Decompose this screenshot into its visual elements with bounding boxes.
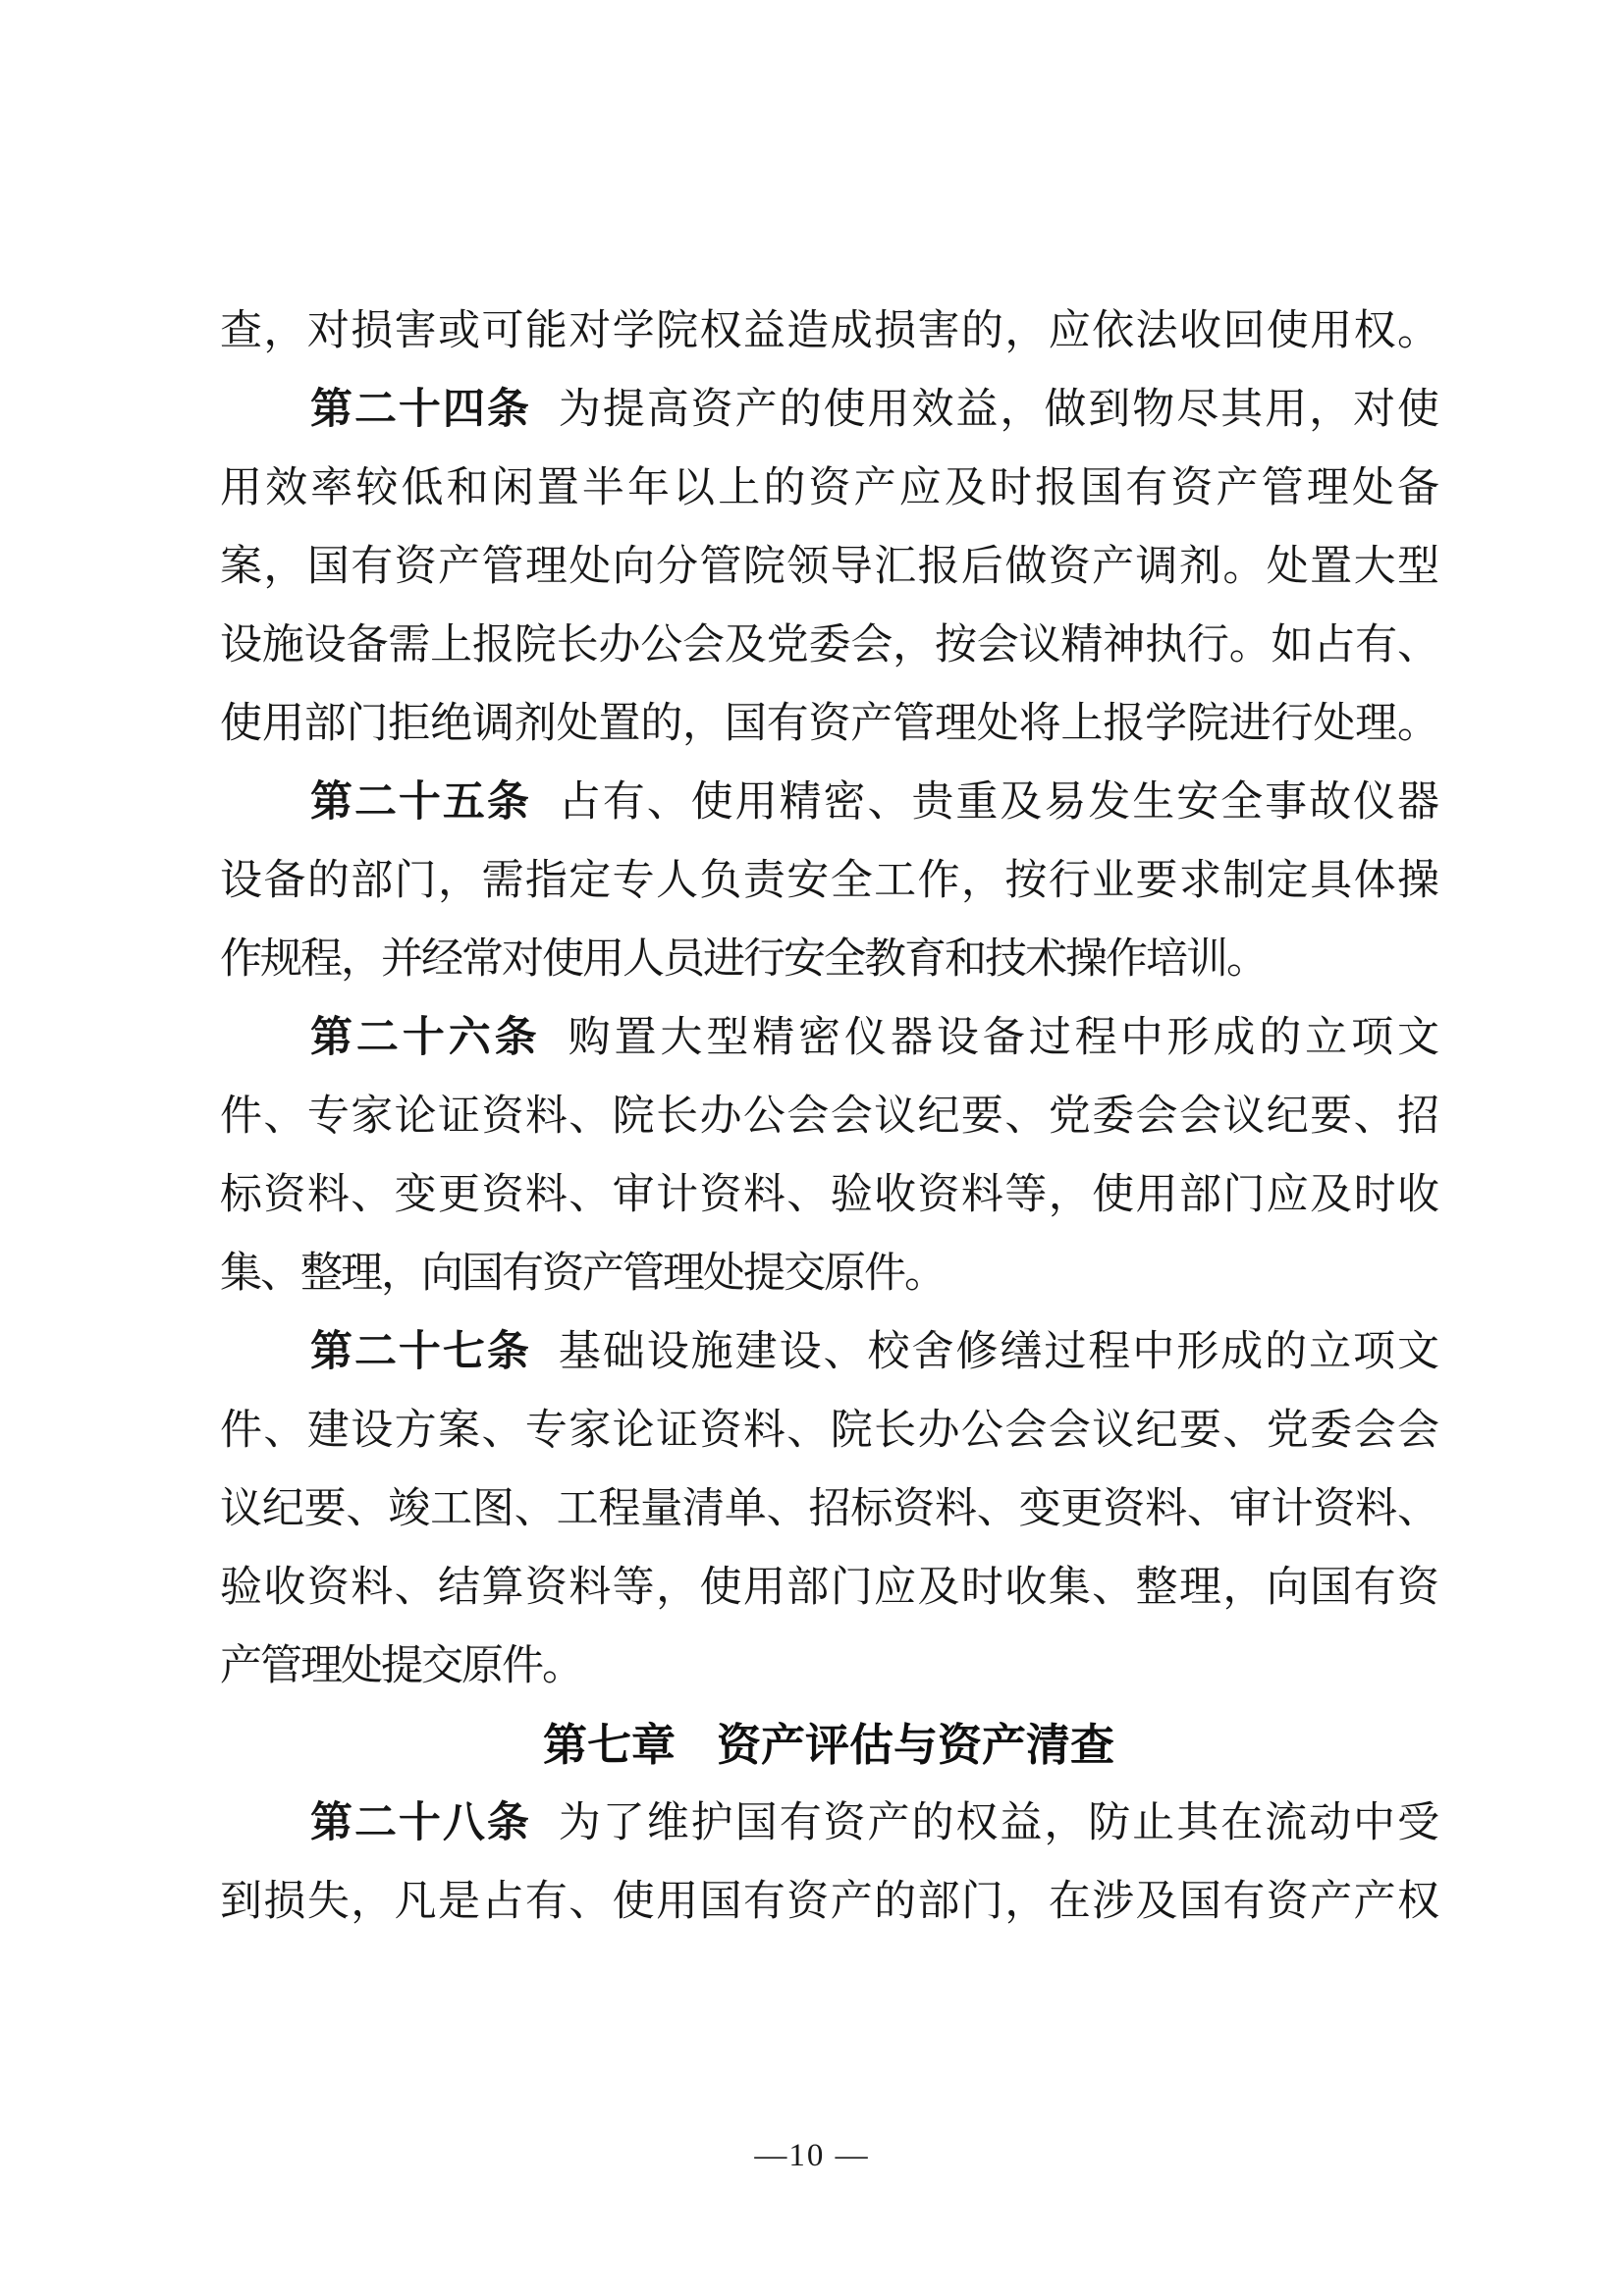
- article-number: 第二十六条: [310, 1015, 541, 1061]
- body-line: 集、整理，向国有资产管理处提交原件。: [220, 1235, 1437, 1313]
- article-number: 第二十四条: [310, 387, 531, 433]
- chapter-number: 第七章: [543, 1720, 676, 1770]
- article-number: 第二十五条: [310, 779, 531, 826]
- line-text: 基础设施建设、校舍修缮过程中形成的立项文: [559, 1329, 1437, 1375]
- body-line: 查，对损害或可能对学院权益造成损害的，应依法收回使用权。: [220, 293, 1437, 371]
- line-text: 案，国有资产管理处向分管院领导汇报后做资产调剂。处置大型: [220, 544, 1437, 590]
- document-body: 查，对损害或可能对学院权益造成损害的，应依法收回使用权。 第二十四条为提高资产的…: [220, 293, 1437, 1942]
- body-line: 设施设备需上报院长办公会及党委会，按会议精神执行。如占有、: [220, 607, 1437, 685]
- body-line: 件、建设方案、专家论证资料、院长办公会会议纪要、党委会会: [220, 1392, 1437, 1470]
- line-text: 购置大型精密仪器设备过程中形成的立项文: [568, 1015, 1437, 1061]
- article-number: 第二十七条: [310, 1329, 531, 1375]
- line-text: 占有、使用精密、贵重及易发生安全事故仪器: [559, 779, 1437, 826]
- line-text: 集、整理，向国有资产管理处提交原件。: [220, 1251, 945, 1297]
- line-text: 设备的部门，需指定专人负责安全工作，按行业要求制定具体操: [220, 858, 1437, 904]
- chapter-title: 资产评估与资产清查: [717, 1720, 1114, 1770]
- page-number: —10 —: [0, 2116, 1624, 2195]
- body-line: 设备的部门，需指定专人负责安全工作，按行业要求制定具体操: [220, 842, 1437, 921]
- body-line-article-26: 第二十六条购置大型精密仪器设备过程中形成的立项文: [220, 999, 1437, 1078]
- body-line-article-25: 第二十五条占有、使用精密、贵重及易发生安全事故仪器: [220, 764, 1437, 842]
- body-line: 议纪要、竣工图、工程量清单、招标资料、变更资料、审计资料、: [220, 1470, 1437, 1549]
- body-line: 作规程，并经常对使用人员进行安全教育和技术操作培训。: [220, 921, 1437, 999]
- body-line-article-28: 第二十八条为了维护国有资产的权益，防止其在流动中受: [220, 1785, 1437, 1863]
- body-line: 产管理处提交原件。: [220, 1628, 1437, 1706]
- body-line: 验收资料、结算资料等，使用部门应及时收集、整理，向国有资: [220, 1549, 1437, 1628]
- body-line: 案，国有资产管理处向分管院领导汇报后做资产调剂。处置大型: [220, 528, 1437, 607]
- line-text: 产管理处提交原件。: [220, 1643, 582, 1689]
- line-text: 设施设备需上报院长办公会及党委会，按会议精神执行。如占有、: [220, 622, 1437, 668]
- line-text: 议纪要、竣工图、工程量清单、招标资料、变更资料、审计资料、: [220, 1486, 1437, 1532]
- body-line-article-24: 第二十四条为提高资产的使用效益，做到物尽其用，对使: [220, 371, 1437, 450]
- body-line: 标资料、变更资料、审计资料、验收资料等，使用部门应及时收: [220, 1156, 1437, 1235]
- line-text: 到损失，凡是占有、使用国有资产的部门，在涉及国有资产产权: [220, 1879, 1437, 1925]
- article-number: 第二十八条: [310, 1800, 531, 1846]
- line-text: 为提高资产的使用效益，做到物尽其用，对使: [559, 387, 1437, 433]
- line-text: 作规程，并经常对使用人员进行安全教育和技术操作培训。: [220, 936, 1267, 983]
- body-line: 用效率较低和闲置半年以上的资产应及时报国有资产管理处备: [220, 450, 1437, 528]
- line-text: 标资料、变更资料、审计资料、验收资料等，使用部门应及时收: [220, 1172, 1437, 1218]
- chapter-heading: 第七章资产评估与资产清查: [220, 1706, 1437, 1785]
- body-line: 件、专家论证资料、院长办公会会议纪要、党委会会议纪要、招: [220, 1078, 1437, 1156]
- body-line-article-27: 第二十七条基础设施建设、校舍修缮过程中形成的立项文: [220, 1313, 1437, 1392]
- line-text: 验收资料、结算资料等，使用部门应及时收集、整理，向国有资: [220, 1565, 1437, 1611]
- line-text: 查，对损害或可能对学院权益造成损害的，应依法收回使用权。: [220, 308, 1437, 354]
- body-line: 使用部门拒绝调剂处置的，国有资产管理处将上报学院进行处理。: [220, 685, 1437, 764]
- line-text: 用效率较低和闲置半年以上的资产应及时报国有资产管理处备: [220, 465, 1437, 511]
- line-text: 件、专家论证资料、院长办公会会议纪要、党委会会议纪要、招: [220, 1094, 1437, 1140]
- body-line: 到损失，凡是占有、使用国有资产的部门，在涉及国有资产产权: [220, 1863, 1437, 1942]
- line-text: 件、建设方案、专家论证资料、院长办公会会议纪要、党委会会: [220, 1408, 1437, 1454]
- document-page: 查，对损害或可能对学院权益造成损害的，应依法收回使用权。 第二十四条为提高资产的…: [0, 0, 1624, 2296]
- line-text: 为了维护国有资产的权益，防止其在流动中受: [559, 1800, 1437, 1846]
- line-text: 使用部门拒绝调剂处置的，国有资产管理处将上报学院进行处理。: [220, 701, 1437, 747]
